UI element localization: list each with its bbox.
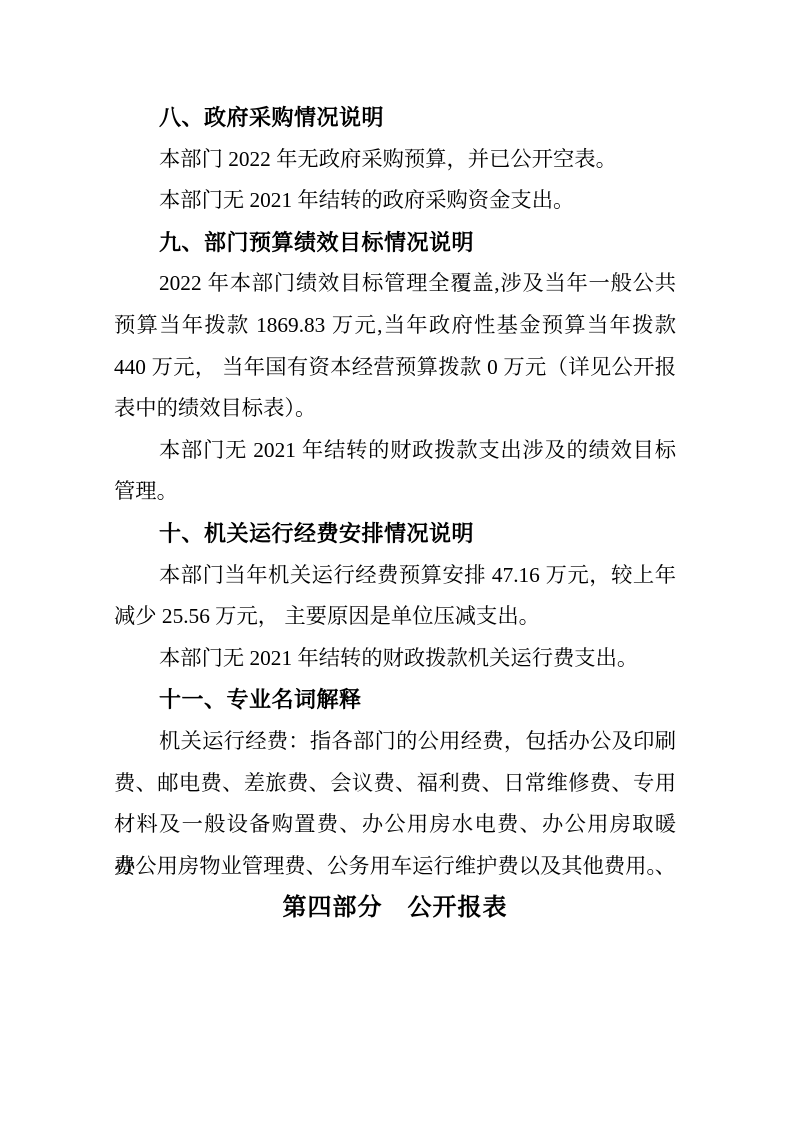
text-line: 本部门无 2021 年结转的财政拨款支出涉及的绩效目标 <box>114 430 676 472</box>
heading-operating-expenses: 十、机关运行经费安排情况说明 <box>114 513 676 555</box>
text-line: 机关运行经费：指各部门的公用经费，包括办公及印刷 <box>114 721 676 763</box>
text-line: 2022 年本部门绩效目标管理全覆盖,涉及当年一般公共 <box>114 263 676 305</box>
text-line: 管理。 <box>114 471 676 513</box>
text-line: 表中的绩效目标表）。 <box>114 388 676 430</box>
text-line: 本部门无 2021 年结转的财政拨款机关运行费支出。 <box>114 638 676 680</box>
text-line: 预算当年拨款 1869.83 万元,当年政府性基金预算当年拨款 <box>114 305 676 347</box>
document-page: 八、政府采购情况说明 本部门 2022 年无政府采购预算，并已公开空表。 本部门… <box>0 0 793 1122</box>
text-line: 减少 25.56 万元， 主要原因是单位压减支出。 <box>114 596 676 638</box>
text-line: 440 万元， 当年国有资本经营预算拨款 0 万元（详见公开报 <box>114 347 676 389</box>
text-line: 材料及一般设备购置费、办公用房水电费、办公用房取暖费、 <box>114 804 676 846</box>
heading-government-procurement: 八、政府采购情况说明 <box>114 97 676 139</box>
text-line: 办公用房物业管理费、公务用车运行维护费以及其他费用。 <box>114 846 676 888</box>
text-line: 费、邮电费、差旅费、会议费、福利费、日常维修费、专用 <box>114 763 676 805</box>
part4-title: 第四部分 公开报表 <box>114 887 676 929</box>
text-line: 本部门 2022 年无政府采购预算，并已公开空表。 <box>114 139 676 181</box>
text-line: 本部门当年机关运行经费预算安排 47.16 万元，较上年 <box>114 555 676 597</box>
document-body: 八、政府采购情况说明 本部门 2022 年无政府采购预算，并已公开空表。 本部门… <box>114 97 676 929</box>
text-line: 本部门无 2021 年结转的政府采购资金支出。 <box>114 180 676 222</box>
heading-terminology: 十一、专业名词解释 <box>114 679 676 721</box>
heading-budget-performance: 九、部门预算绩效目标情况说明 <box>114 222 676 264</box>
